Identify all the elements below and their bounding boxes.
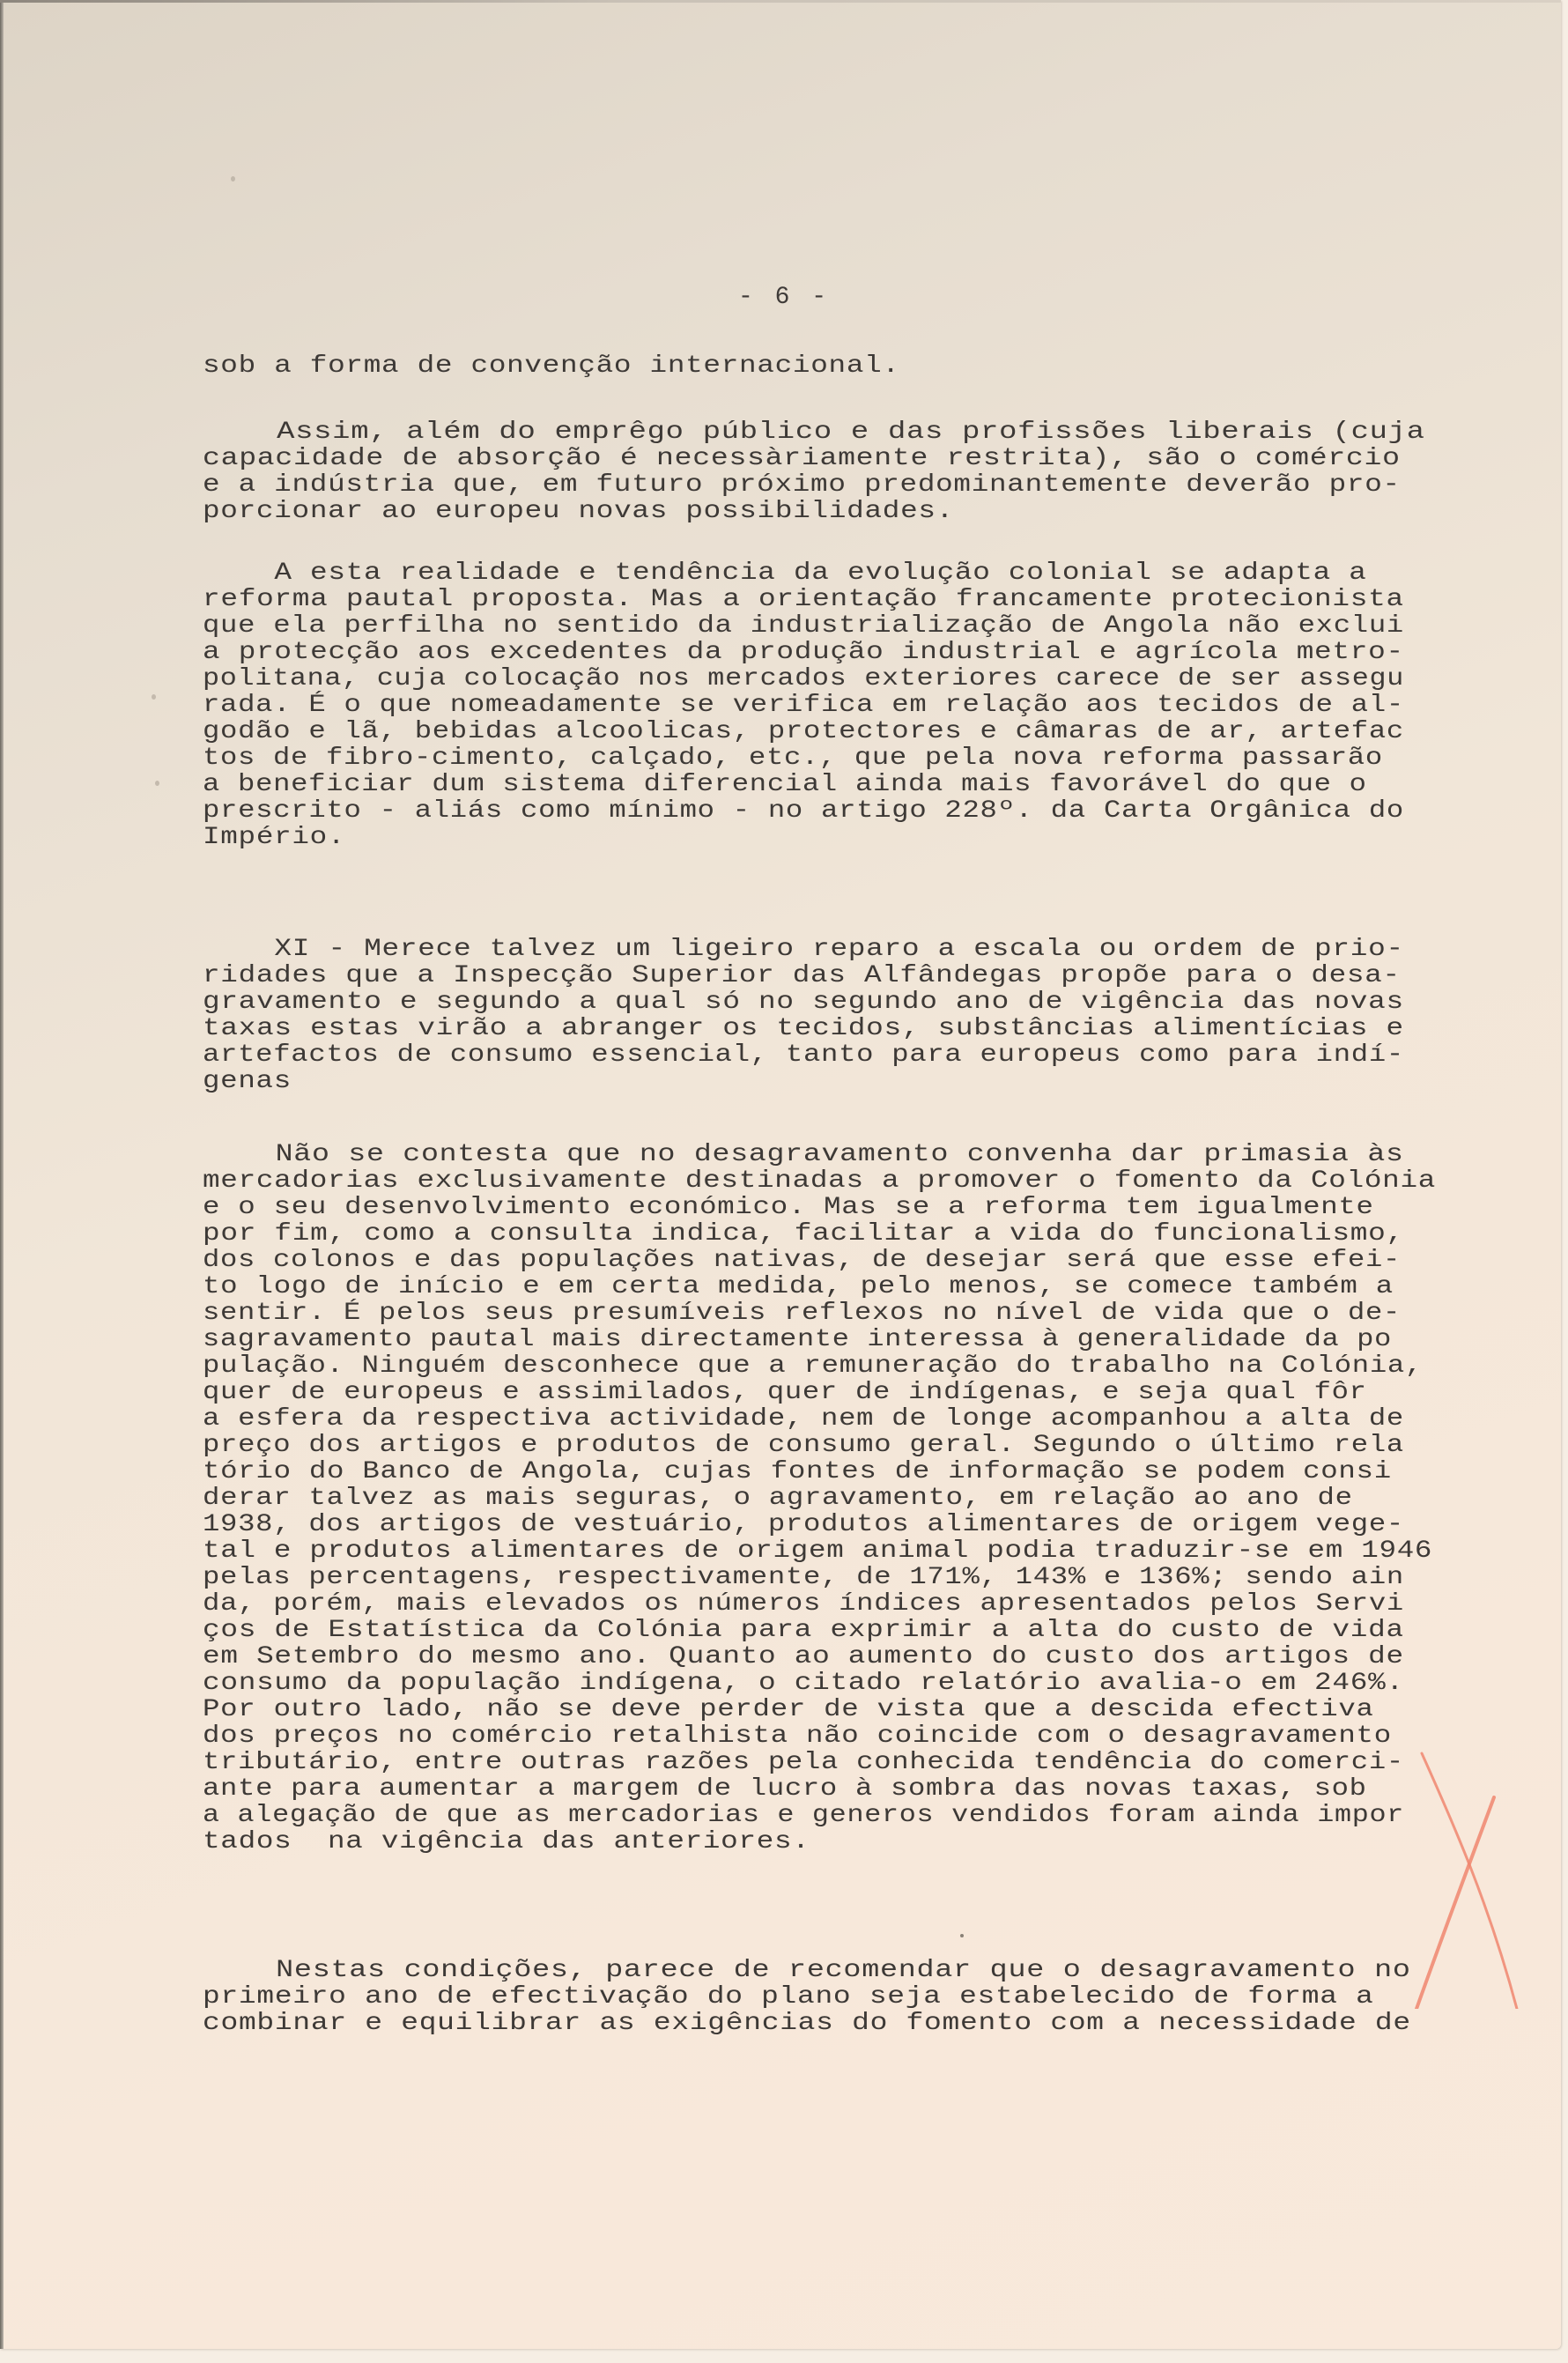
document-line: mercadorias exclusivamente destinadas a … bbox=[203, 1168, 1436, 1195]
document-line: da, porém, mais elevados os números índi… bbox=[203, 1591, 1404, 1618]
document-line: tos de fibro-cimento, calçado, etc., que… bbox=[203, 745, 1383, 772]
document-line: porcionar ao europeu novas possibilidade… bbox=[203, 499, 954, 525]
document-line: dos colonos e das populações nativas, de… bbox=[203, 1248, 1401, 1274]
document-line: godão e lã, bebidas alcoolicas, protecto… bbox=[203, 719, 1404, 745]
document-line: Não se contesta que no desagravamento co… bbox=[203, 1142, 1404, 1168]
document-line: reforma pautal proposta. Mas a orientaçã… bbox=[203, 587, 1404, 613]
red-x-mark-icon bbox=[1409, 1744, 1533, 2009]
document-line: ante para aumentar a margem de lucro à s… bbox=[203, 1776, 1367, 1803]
document-line: gravamento e segundo a qual só no segund… bbox=[203, 989, 1404, 1016]
document-line: taxas estas virão a abranger os tecidos,… bbox=[203, 1016, 1404, 1042]
document-line: primeiro ano de efectivação do plano sej… bbox=[203, 1984, 1374, 2011]
document-line: a alegação de que as mercadorias e gener… bbox=[203, 1803, 1404, 1829]
document-line: Império. bbox=[203, 825, 345, 851]
page-number: - 6 - bbox=[0, 284, 1568, 311]
document-line: preço dos artigos e produtos de consumo … bbox=[203, 1433, 1404, 1459]
document-line: sagravamento pautal mais directamente in… bbox=[203, 1327, 1392, 1353]
document-line: a protecção aos excedentes da produção i… bbox=[203, 640, 1404, 666]
document-line: tório do Banco de Angola, cujas fontes d… bbox=[203, 1459, 1392, 1485]
document-line: derar talvez as mais seguras, o agravame… bbox=[203, 1485, 1353, 1512]
document-line: ridades que a Inspecção Superior das Alf… bbox=[203, 963, 1401, 989]
document-line: em Setembro do mesmo ano. Quanto ao aume… bbox=[203, 1644, 1404, 1670]
document-line: genas bbox=[203, 1069, 292, 1095]
document-line: e a indústria que, em futuro próximo pre… bbox=[203, 472, 1401, 499]
paper-speck bbox=[231, 176, 235, 181]
document-line: pelas percentagens, respectivamente, de … bbox=[203, 1565, 1404, 1591]
document-line: to logo de início e em certa medida, pel… bbox=[203, 1274, 1394, 1300]
paper-speck bbox=[155, 781, 159, 786]
document-line: combinar e equilibrar as exigências do f… bbox=[203, 2011, 1411, 2037]
document-line: e o seu desenvolvimento económico. Mas s… bbox=[203, 1195, 1374, 1221]
document-line: ços de Estatística da Colónia para expri… bbox=[203, 1618, 1404, 1644]
document-line: por fim, como a consulta indica, facilit… bbox=[203, 1221, 1404, 1248]
document-line: quer de europeus e assimilados, quer de … bbox=[203, 1380, 1367, 1406]
document-line: sentir. É pelos seus presumíveis reflexo… bbox=[203, 1300, 1401, 1327]
document-line: Nestas condições, parece de recomendar q… bbox=[203, 1958, 1411, 1984]
document-line: sob a forma de convenção internacional. bbox=[203, 353, 900, 380]
document-line: a esfera da respectiva actividade, nem d… bbox=[203, 1406, 1404, 1433]
document-line: pulação. Ninguém desconhece que a remune… bbox=[203, 1353, 1423, 1380]
document-line: XI - Merece talvez um ligeiro reparo a e… bbox=[203, 937, 1404, 963]
document-line: 1938, dos artigos de vestuário, produtos… bbox=[203, 1512, 1404, 1538]
document-line: tal e produtos alimentares de origem ani… bbox=[203, 1538, 1432, 1565]
document-line: A esta realidade e tendência da evolução… bbox=[203, 560, 1367, 587]
document-line: dos preços no comércio retalhista não co… bbox=[203, 1723, 1392, 1750]
document-line: Assim, além do emprêgo público e das pro… bbox=[203, 419, 1425, 446]
document-line: que ela perfilha no sentido da industria… bbox=[203, 613, 1404, 640]
document-line: consumo da população indígena, o citado … bbox=[203, 1670, 1404, 1697]
document-line: tados na vigência das anteriores. bbox=[203, 1829, 810, 1856]
document-line: politana, cuja colocação nos mercados ex… bbox=[203, 666, 1404, 693]
paper-speck bbox=[960, 1934, 964, 1937]
document-line: rada. É o que nomeadamente se verifica e… bbox=[203, 693, 1404, 719]
document-line: artefactos de consumo essencial, tanto p… bbox=[203, 1042, 1404, 1069]
document-line: tributário, entre outras razões pela con… bbox=[203, 1750, 1404, 1776]
document-line: Por outro lado, não se deve perder de vi… bbox=[203, 1697, 1374, 1723]
document-line: capacidade de absorção é necessàriamente… bbox=[203, 446, 1401, 472]
document-line: prescrito - aliás como mínimo - no artig… bbox=[203, 798, 1404, 825]
paper-speck bbox=[152, 694, 156, 700]
document-line: a beneficiar dum sistema diferencial ain… bbox=[203, 772, 1367, 798]
